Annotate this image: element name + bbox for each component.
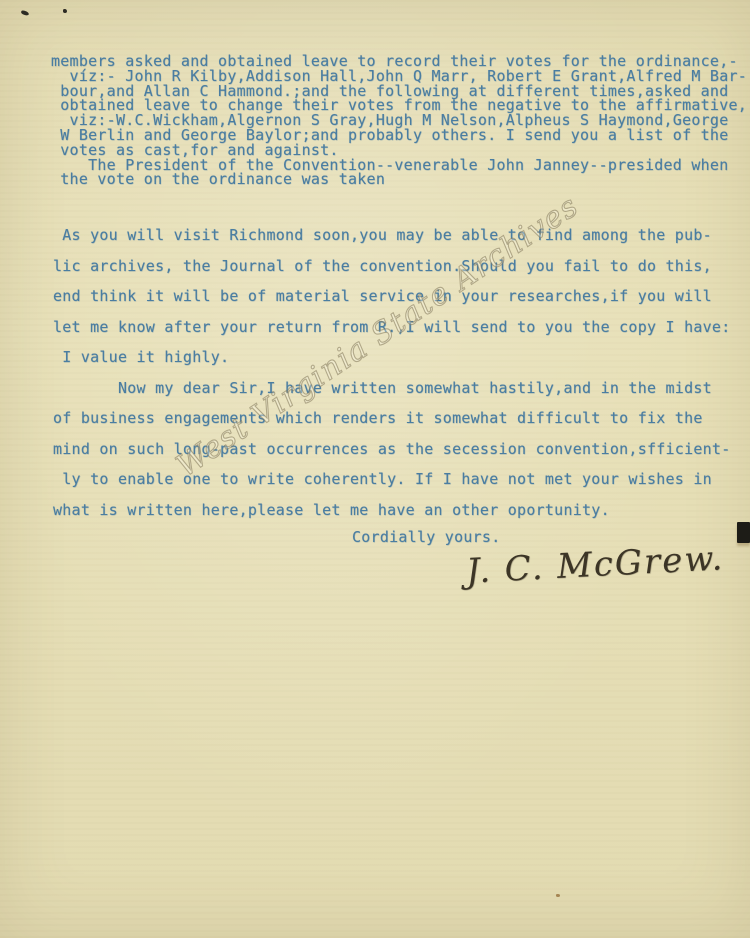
- handwritten-signature: J. C. McGrew.: [465, 538, 725, 591]
- ink-speck-icon: [63, 9, 67, 13]
- scanner-edge-mark: [737, 522, 750, 543]
- letter-page: members asked and obtained leave to reco…: [0, 0, 750, 938]
- letter-closing: Cordially yours.: [352, 528, 501, 546]
- letter-opening-paragraph: members asked and obtained leave to reco…: [51, 54, 747, 187]
- ink-speck-icon: [556, 894, 560, 897]
- ink-speck-icon: [21, 10, 30, 16]
- letter-body-paragraphs: As you will visit Richmond soon,you may …: [53, 220, 731, 525]
